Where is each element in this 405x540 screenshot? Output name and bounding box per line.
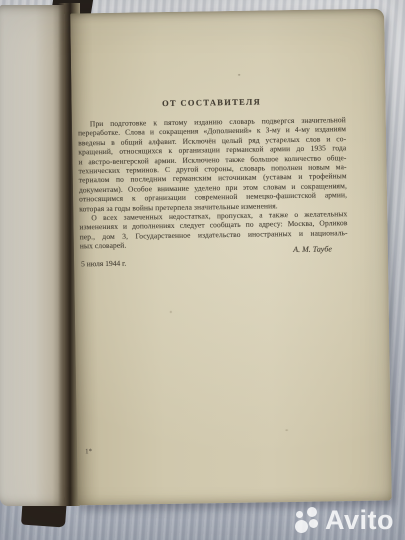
avito-watermark: Avito — [295, 507, 394, 534]
avito-logo-icon — [295, 507, 321, 534]
left-page — [0, 5, 64, 506]
page-title: ОТ СОСТАВИТЕЛЯ — [78, 95, 346, 109]
date: 5 июля 1944 г. — [81, 259, 126, 269]
book-photo: ОТ СОСТАВИТЕЛЯ При подготовке к пятому и… — [0, 0, 405, 540]
footnote-mark: 1* — [85, 447, 92, 455]
avito-watermark-label: Avito — [325, 507, 394, 534]
text-column: ОТ СОСТАВИТЕЛЯ При подготовке к пятому и… — [76, 9, 352, 505]
right-page: ОТ СОСТАВИТЕЛЯ При подготовке к пятому и… — [70, 9, 392, 506]
paragraph-1: При подготовке к пятому изданию словарь … — [78, 115, 347, 213]
